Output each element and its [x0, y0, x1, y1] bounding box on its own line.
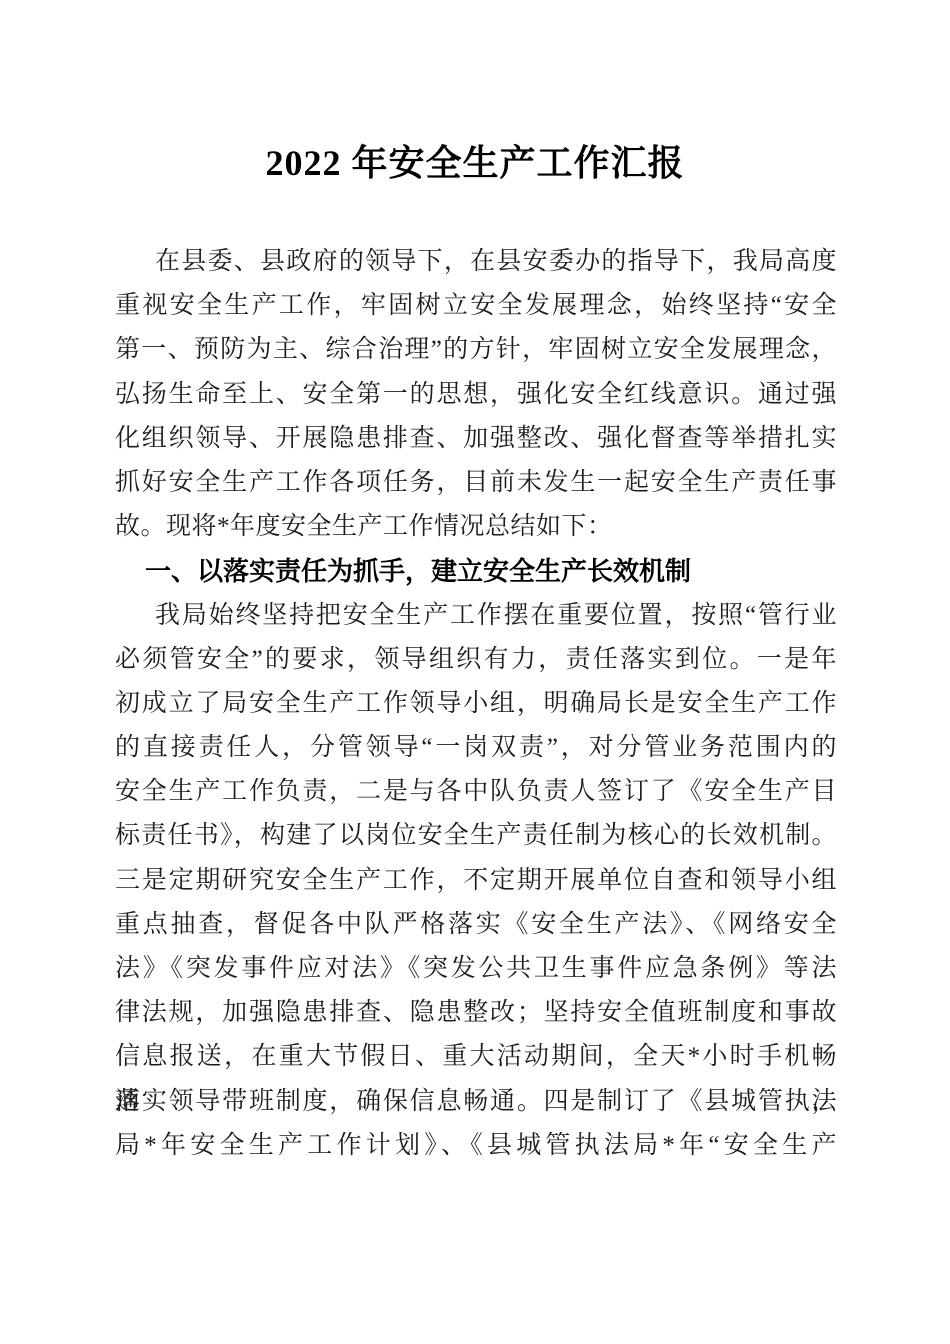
text-line: 律法规，加强隐患排查、隐患整改；坚持安全值班制度和事故 [115, 991, 837, 1035]
text-line: 化组织领导、开展隐患排查、加强整改、强化督查等举措扎实 [115, 417, 837, 461]
text-line: 必须管安全”的要求，领导组织有力，责任落实到位。一是年 [115, 638, 837, 682]
text-line: 落实领导带班制度，确保信息畅通。四是制订了《县城管执法 [115, 1080, 837, 1124]
text-line: 重视安全生产工作，牢固树立安全发展理念，始终坚持“安全 [115, 284, 837, 328]
text-line: 我局始终坚持把安全生产工作摆在重要位置，按照“管行业 [115, 594, 837, 638]
text-line: 三是定期研究安全生产工作，不定期开展单位自查和领导小组 [115, 859, 837, 903]
text-line: 故。现将*年度安全生产工作情况总结如下： [115, 505, 837, 549]
text-line: 抓好安全生产工作各项任务，目前未发生一起安全生产责任事 [115, 461, 837, 505]
text-line: 标责任书》，构建了以岗位安全生产责任制为核心的长效机制。 [115, 814, 837, 858]
section-heading: 一、以落实责任为抓手，建立安全生产长效机制 [115, 549, 837, 593]
text-line: 第一、预防为主、综合治理”的方针，牢固树立安全发展理念， [115, 328, 837, 372]
document-lines: 在县委、县政府的领导下，在县安委办的指导下，我局高度重视安全生产工作，牢固树立安… [115, 240, 837, 1168]
text-line: 在县委、县政府的领导下，在县安委办的指导下，我局高度 [115, 240, 837, 284]
text-line: 法》《突发事件应对法》《突发公共卫生事件应急条例》等法 [115, 947, 837, 991]
text-line: 安全生产工作负责，二是与各中队负责人签订了《安全生产目 [115, 770, 837, 814]
document-title: 2022 年安全生产工作汇报 [0, 0, 950, 188]
text-line: 的直接责任人，分管领导“一岗双责”，对分管业务范围内的 [115, 726, 837, 770]
text-line: 弘扬生命至上、安全第一的思想，强化安全红线意识。通过强 [115, 373, 837, 417]
document-page: 2022 年安全生产工作汇报 在县委、县政府的领导下，在县安委办的指导下，我局高… [0, 0, 950, 1344]
text-line: 局*年安全生产工作计划》、《县城管执法局*年“安全生产 [115, 1124, 837, 1168]
text-line: 重点抽查，督促各中队严格落实《安全生产法》、《网络安全 [115, 903, 837, 947]
text-line: 初成立了局安全生产工作领导小组，明确局长是安全生产工作 [115, 682, 837, 726]
text-line: 信息报送，在重大节假日、重大活动期间，全天*小时手机畅通， [115, 1035, 837, 1079]
